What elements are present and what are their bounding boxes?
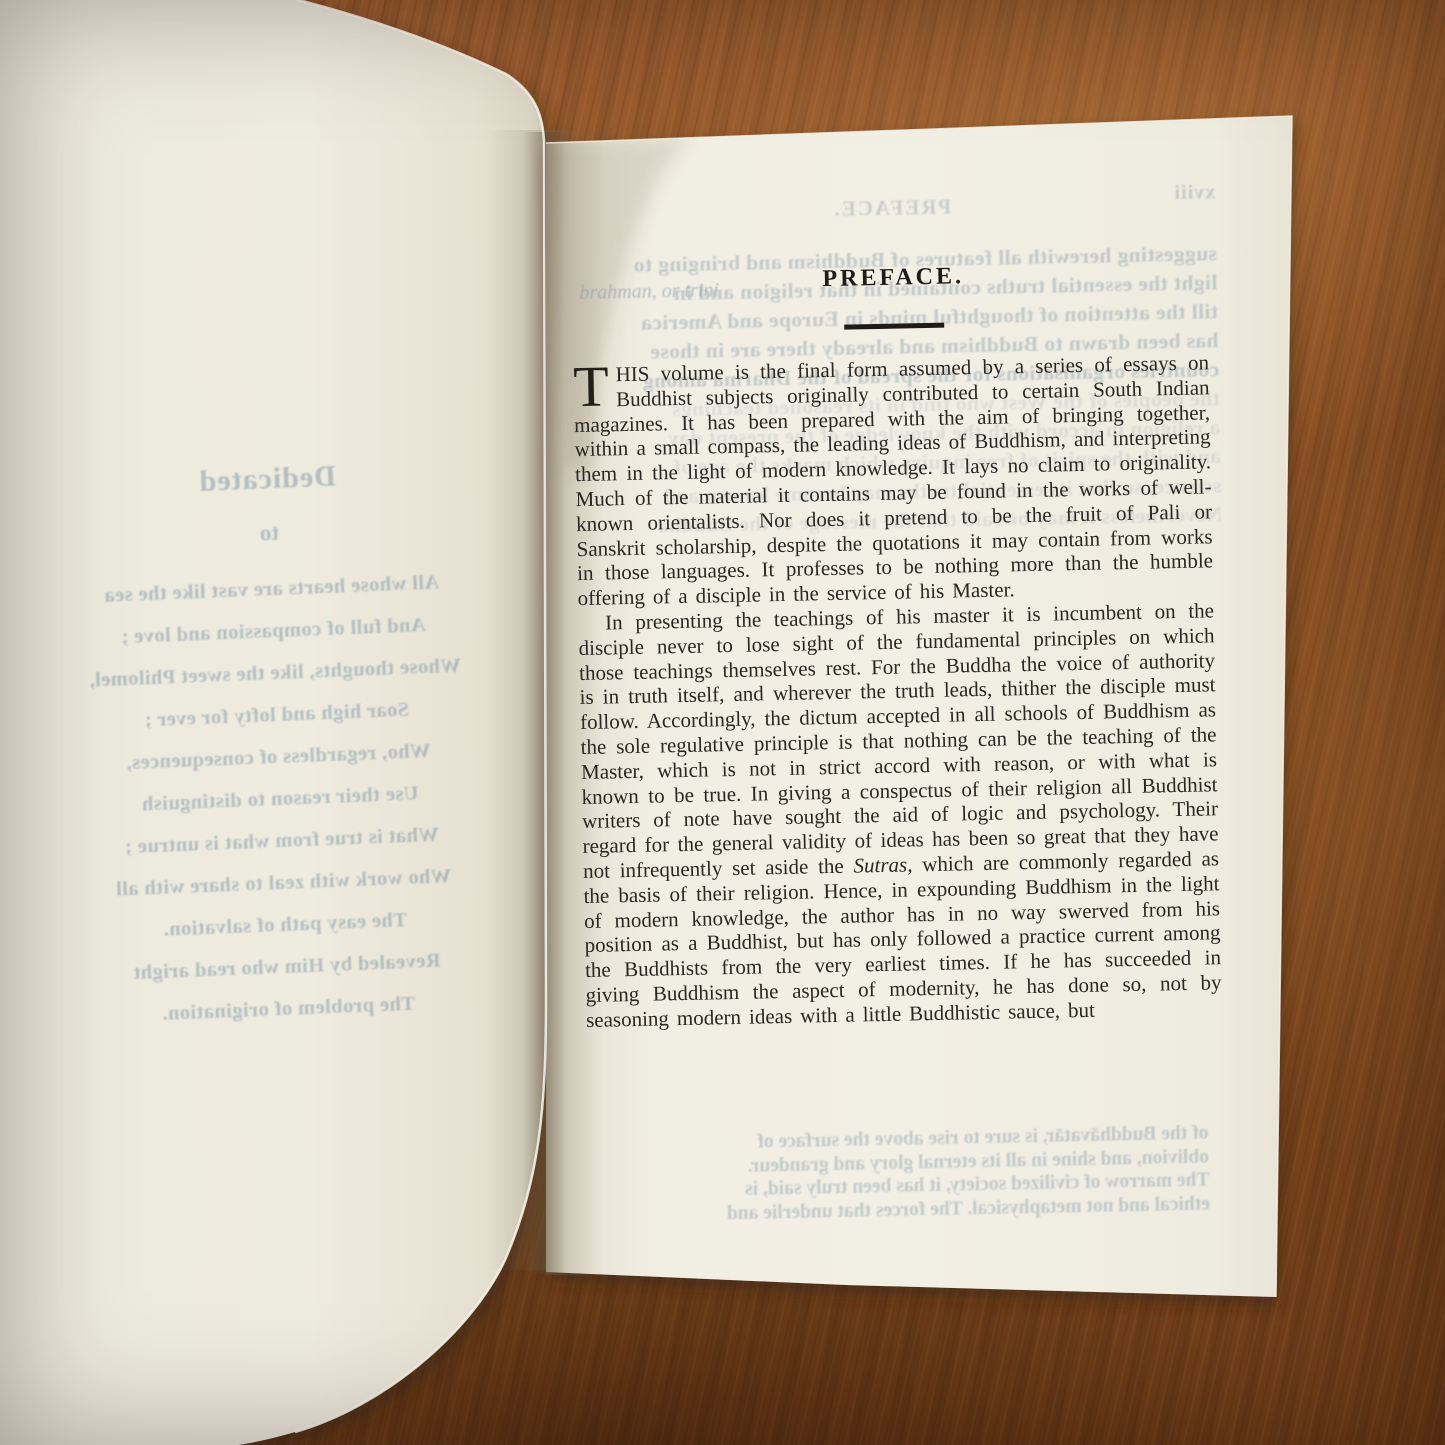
paragraph-1-text: HIS volume is the final form assumed by … xyxy=(574,350,1213,610)
paragraph-2-italic-word: Sutras xyxy=(853,852,907,877)
paragraph-2: In presenting the teachings of his maste… xyxy=(578,598,1222,1032)
ghost-dedication-subtitle: to xyxy=(0,509,548,557)
ghost-running-head: PREFACE. xyxy=(568,189,1216,227)
right-page: xviii PREFACE. suggesting herewith all f… xyxy=(566,109,1238,1307)
ghost-bleedthrough-bottom: of the Buddhāvatār, is sure to rise abov… xyxy=(594,1122,1210,1228)
paragraph-1: THIS volume is the final form assumed by… xyxy=(573,350,1214,611)
paragraph-2-text-pre: In presenting the teachings of his maste… xyxy=(578,598,1218,883)
left-page-ghost-dedication: Dedicated to All whose hearts are vast l… xyxy=(0,451,567,1041)
drop-cap: T xyxy=(573,362,616,410)
open-book-photo: Dedicated to All whose hearts are vast l… xyxy=(0,0,1445,1445)
preface-body: THIS volume is the final form assumed by… xyxy=(573,350,1222,1032)
